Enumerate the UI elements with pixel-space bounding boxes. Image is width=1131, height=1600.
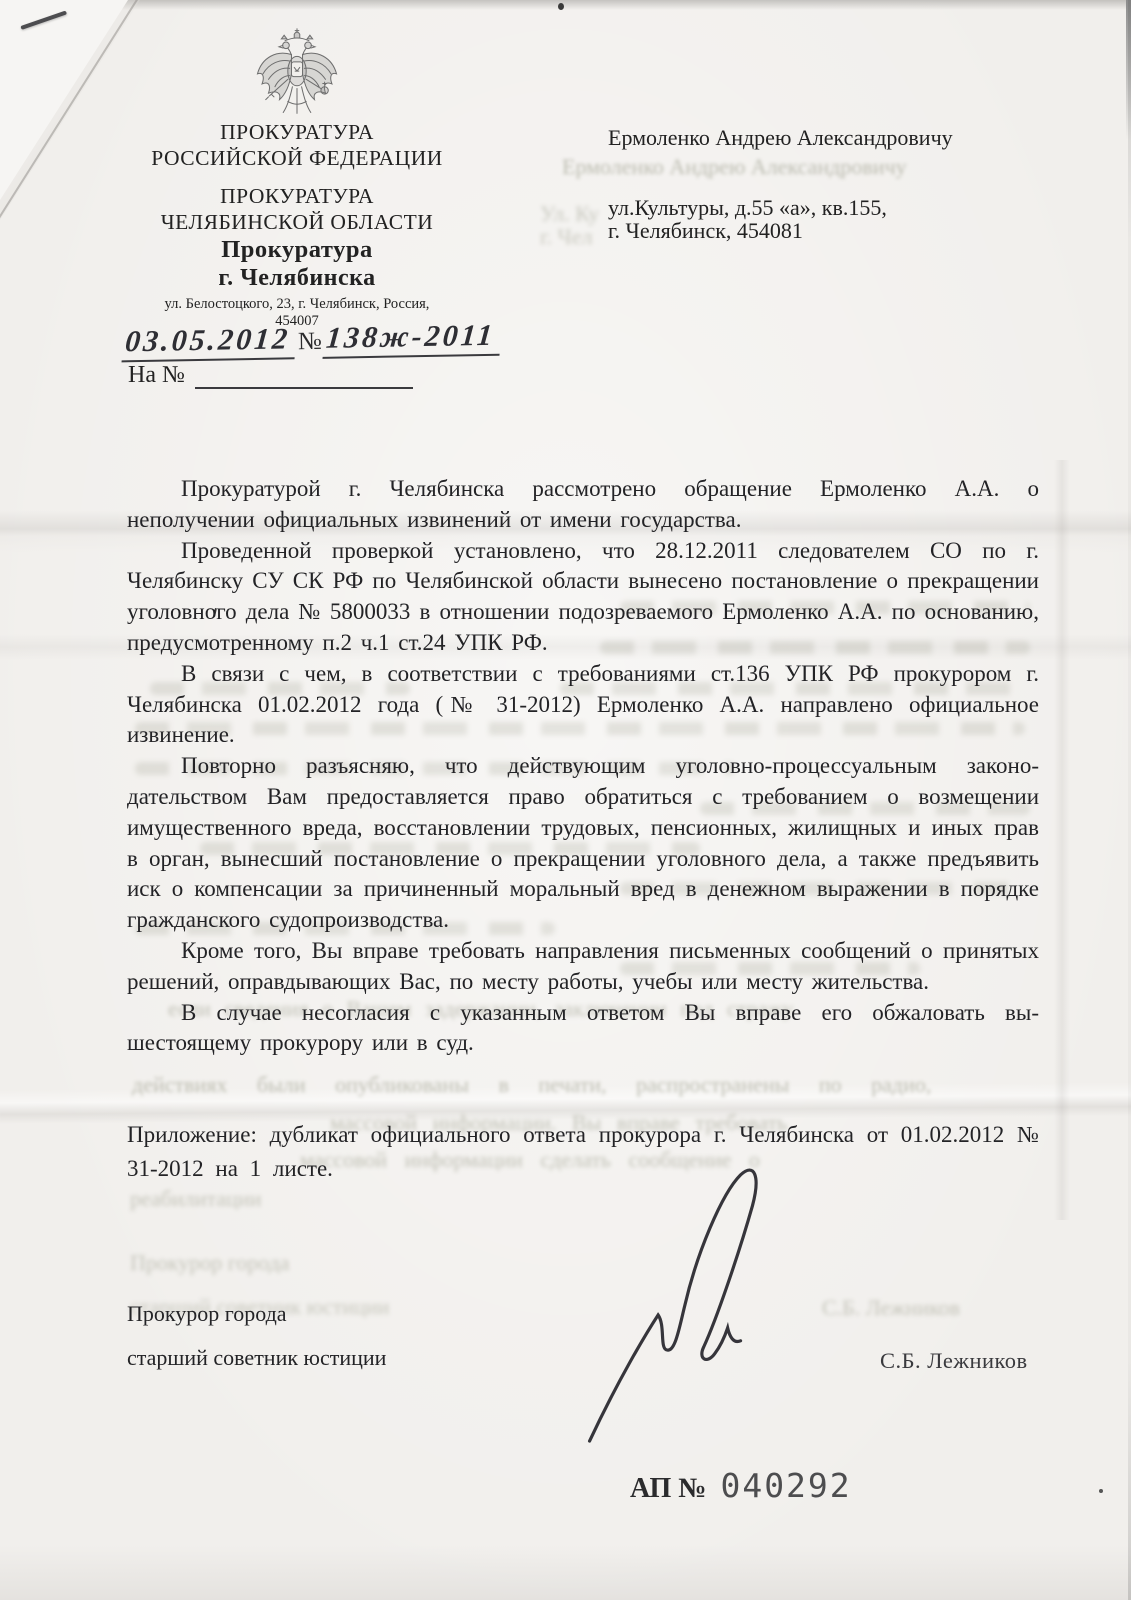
office-name-line: Прокуратура [108, 236, 486, 264]
signer-name: С.Б. Лежников [880, 1348, 1028, 1374]
org-name-line: ПРОКУРАТУРА [108, 120, 486, 145]
letter-body: Прокуратурой г. Челябинска рассмотрено о… [127, 474, 1039, 1059]
scan-fold-shadow [0, 0, 1131, 10]
staple-mark [20, 10, 67, 29]
ink-speck [1099, 1489, 1103, 1493]
body-paragraph: Проведенной проверкой установлено, что 2… [127, 536, 1039, 659]
recipient-address-line: г. Челябинск, 454081 [608, 219, 953, 242]
body-paragraph: В случае несогласия с указанным ответом … [127, 998, 1039, 1060]
form-number-stamp: АП № 040292 [630, 1466, 852, 1505]
recipient-block: Ермоленко Андрею Александровичу ул.Культ… [608, 126, 953, 242]
bleedthrough-text: реабилитации [130, 1186, 261, 1212]
bleedthrough-text: Прокурор города [130, 1250, 290, 1276]
scan-fold-shadow [1054, 460, 1070, 1220]
body-paragraph: Повторно разъясняю, что действующим угол… [127, 751, 1039, 936]
body-paragraph: Кроме того, Вы вправе требовать направле… [127, 936, 1039, 998]
office-street-address: ул. Белостоцкого, 23, г. Челябинск, Росс… [108, 296, 486, 313]
number-sign: № [296, 329, 324, 359]
signer-position-line: старший советник юстиции [127, 1345, 386, 1371]
in-reply-label: На № [128, 362, 185, 389]
office-name-line: г. Челябинска [108, 265, 486, 292]
recipient-name: Ермоленко Андрею Александровичу [608, 126, 953, 149]
bleedthrough-text: С.Б. Лежников [822, 1295, 960, 1321]
handwritten-outgoing-number: 138ж-2011 [322, 321, 502, 359]
stamp-prefix: АП № [630, 1473, 706, 1505]
bleedthrough-text: действиях были опубликованы в печати, ра… [132, 1072, 931, 1098]
ink-speck [558, 3, 564, 10]
russia-coat-of-arms-icon [249, 26, 345, 118]
scan-fold-shadow [0, 1545, 1131, 1600]
bleedthrough-text: Ул. Ку [540, 201, 599, 227]
stamp-number: 040292 [720, 1466, 851, 1505]
scanned-letter-page: Ермоленко Андрею Александровичу Ул. Ку г… [0, 0, 1131, 1600]
body-paragraph: В связи с чем, в соответствии с требован… [127, 659, 1039, 751]
org-name-line: ЧЕЛЯБИНСКОЙ ОБЛАСТИ [108, 210, 486, 235]
handwritten-signature-icon [558, 1158, 790, 1456]
signer-position-line: Прокурор города [127, 1301, 287, 1327]
bleedthrough-text: г. Чел [540, 224, 593, 250]
handwritten-date: 03.05.2012 [121, 324, 297, 362]
scan-edge-shadow [1126, 0, 1131, 140]
org-name-line: РОССИЙСКОЙ ФЕДЕРАЦИИ [108, 146, 486, 171]
outgoing-number-line: 03.05.2012 № 138ж-2011 [123, 321, 501, 363]
recipient-address-line: ул.Культуры, д.55 «а», кв.155, [608, 196, 953, 219]
body-paragraph: Прокуратурой г. Челябинска рассмотрено о… [127, 474, 1039, 536]
org-name-line: ПРОКУРАТУРА [108, 184, 486, 209]
in-reply-to-line: На № [128, 362, 413, 389]
blank-underline [195, 363, 413, 389]
